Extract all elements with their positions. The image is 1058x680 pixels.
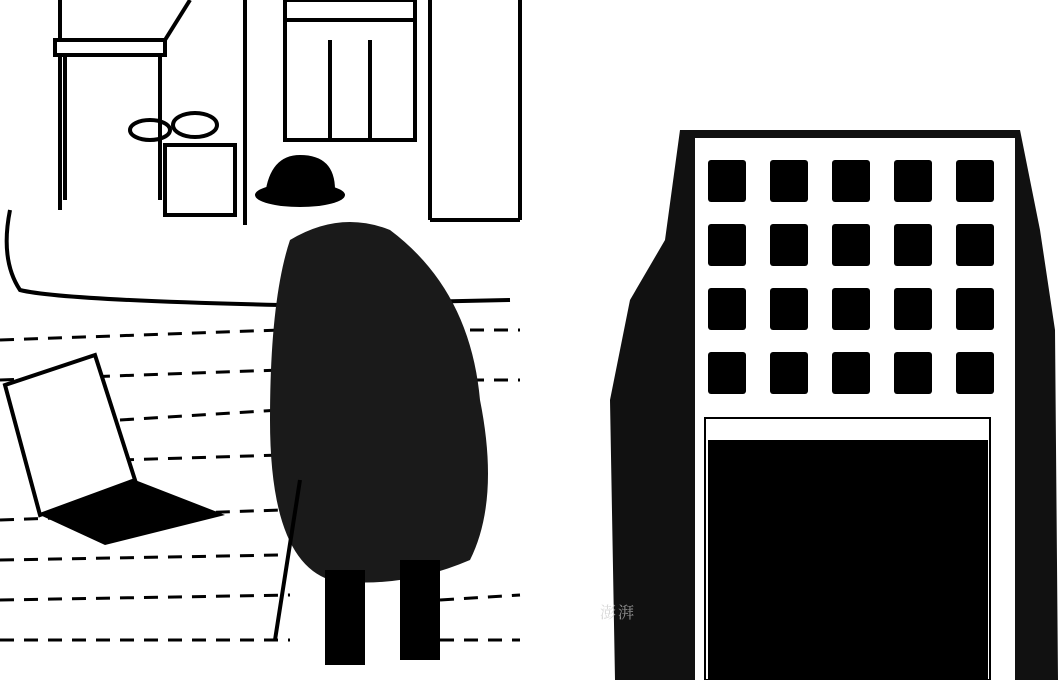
small-grid-object [5,355,225,545]
window [832,160,870,202]
window [956,160,994,202]
window [770,160,808,202]
window [956,288,994,330]
window [708,288,746,330]
window [894,288,932,330]
window [708,352,746,394]
window [894,224,932,266]
window [956,352,994,394]
window [894,160,932,202]
man-figure [255,155,488,665]
window [894,352,932,394]
window [832,288,870,330]
illustration [0,0,1058,680]
window [708,224,746,266]
window [832,352,870,394]
window [956,224,994,266]
window [832,224,870,266]
watermark: 澎湃 [600,600,636,623]
window [708,160,746,202]
window [770,352,808,394]
window [770,288,808,330]
window [770,224,808,266]
grid-building [610,130,1058,680]
